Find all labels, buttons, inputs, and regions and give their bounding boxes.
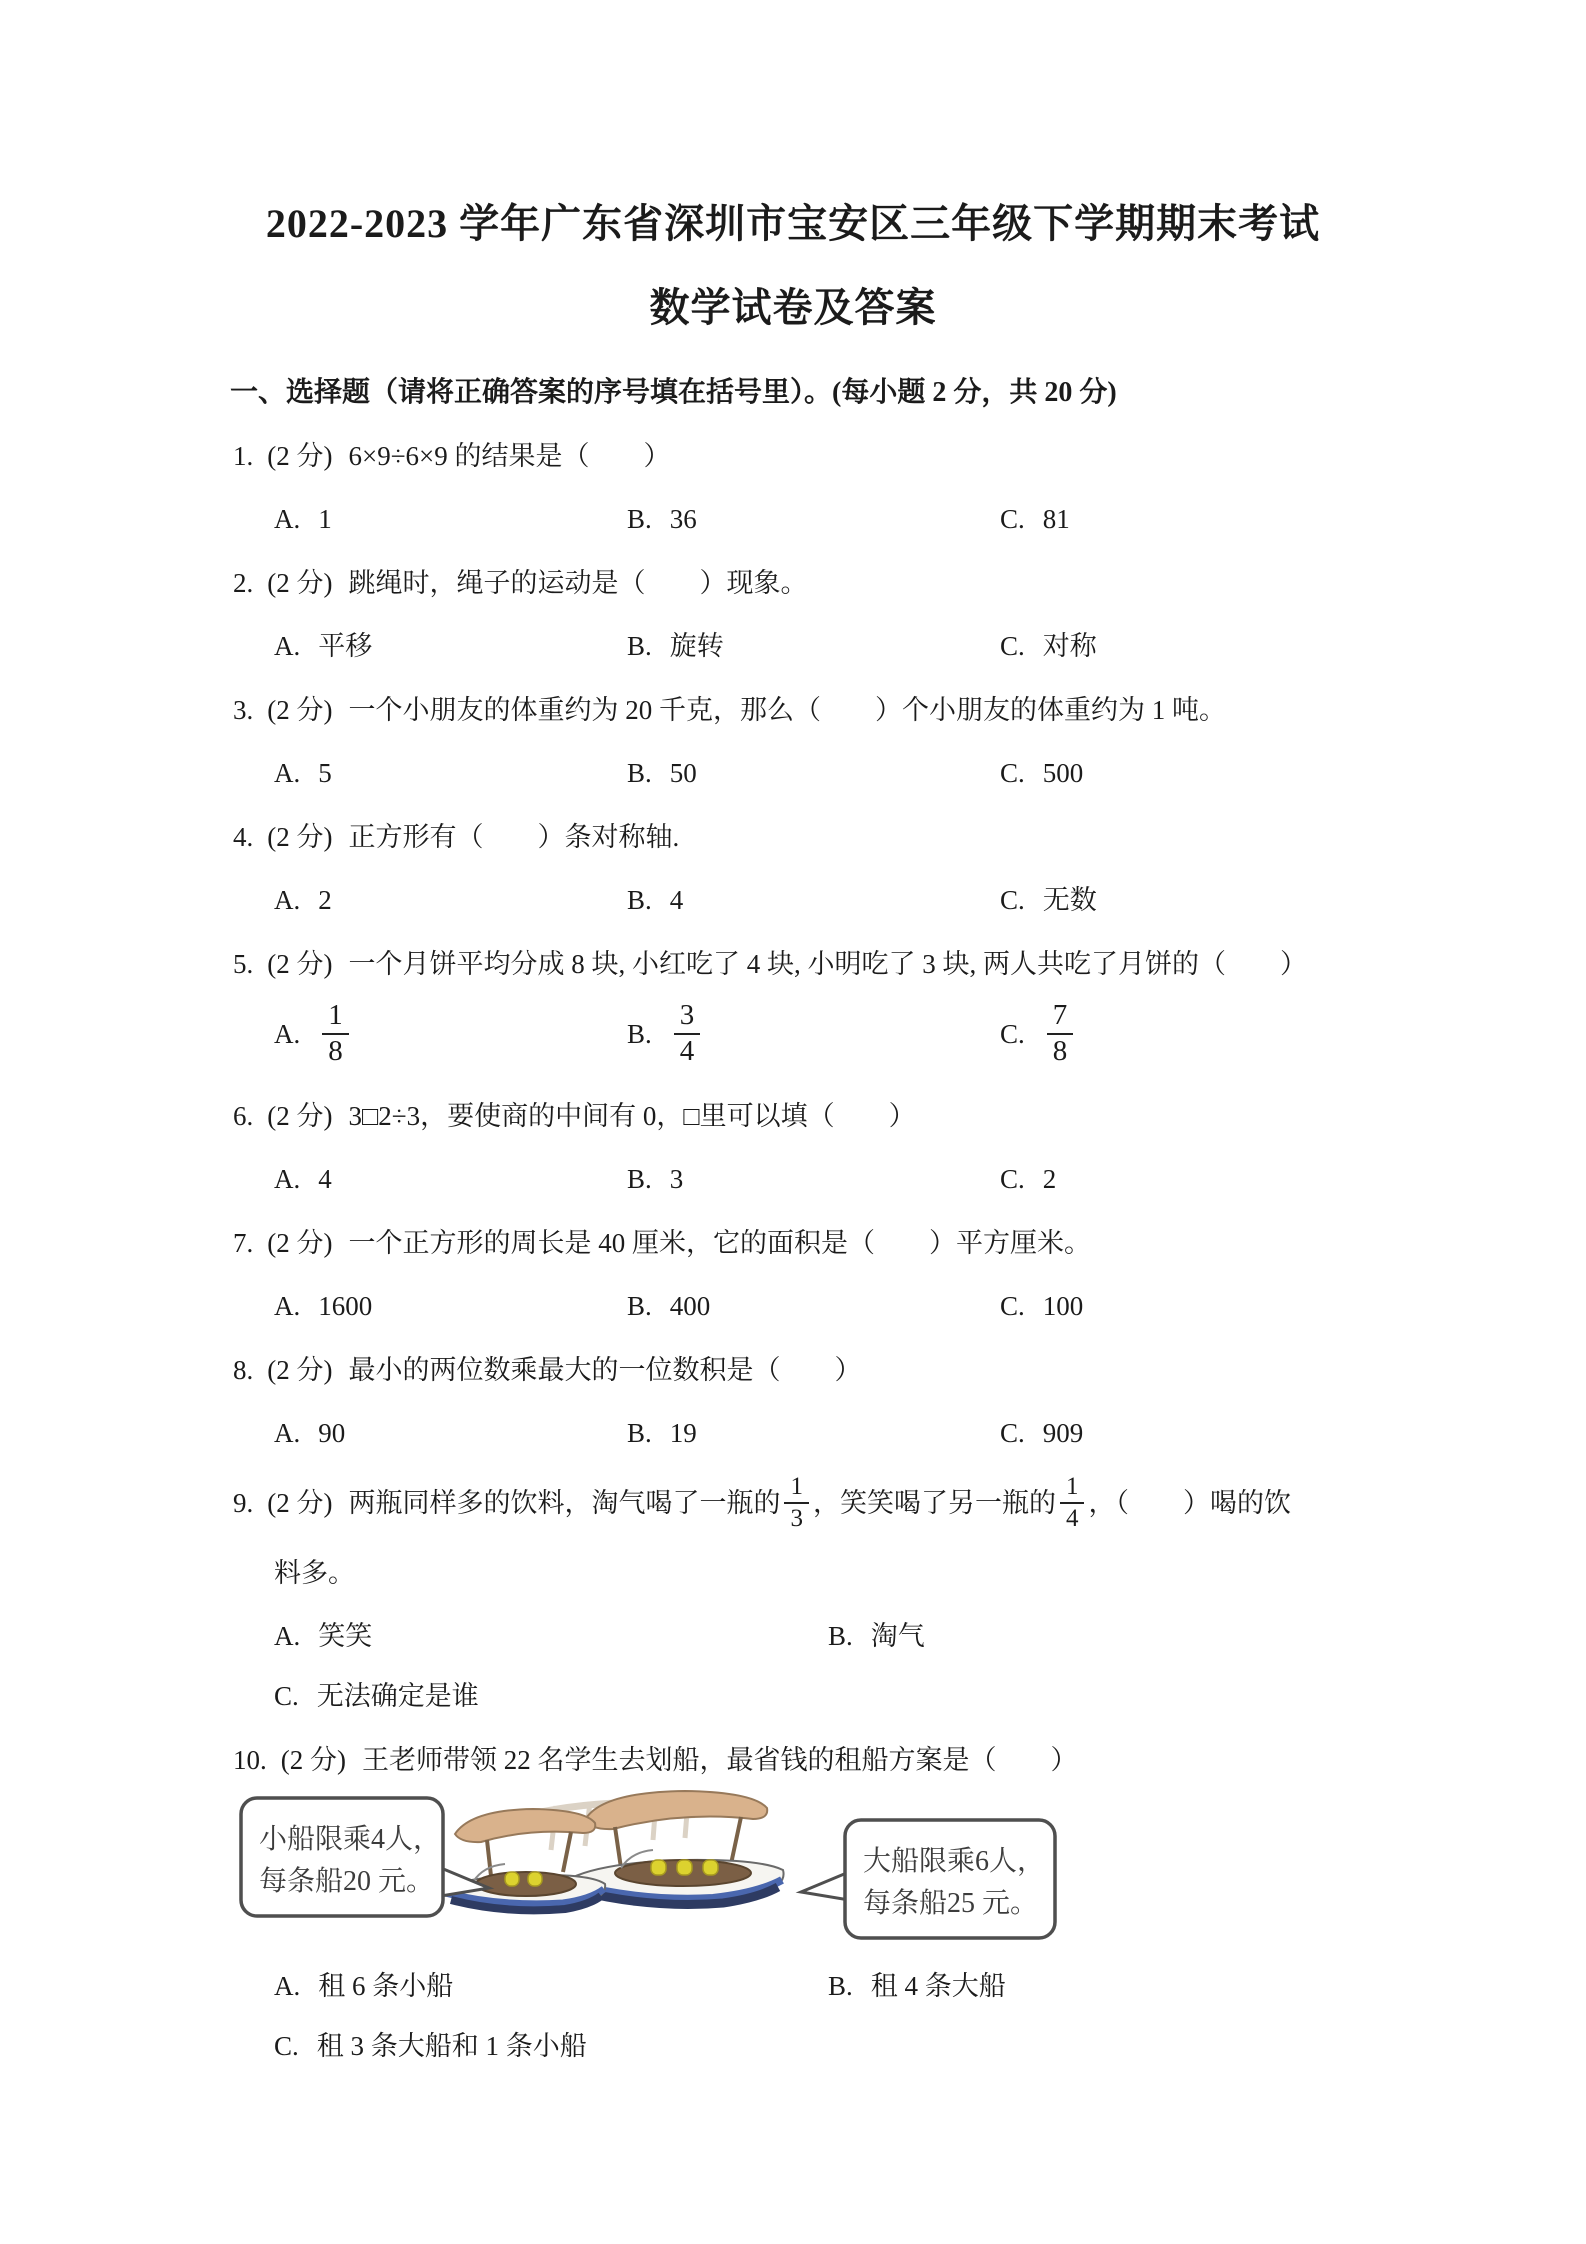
- question-10-score: (2 分): [281, 1745, 346, 1775]
- question-9: 9.(2 分)两瓶同样多的饮料，淘气喝了一瓶的13，笑笑喝了另一瓶的14，（ ）…: [0, 1465, 1586, 1541]
- option-7-B-text: 400: [670, 1291, 711, 1321]
- question-9-options-row2: C.无法确定是谁: [0, 1678, 1586, 1714]
- question-10-number: 10.: [233, 1745, 267, 1775]
- option-7-B: B.400: [627, 1288, 710, 1324]
- option-1-A-text: 1: [318, 504, 332, 534]
- question-10-text: 王老师带领 22 名学生去划船，最省钱的租船方案是（ ）: [362, 1745, 1078, 1775]
- option-4-A-label: A.: [274, 885, 300, 915]
- question-9-fraction-numerator: 1: [784, 1473, 809, 1504]
- option-1-B-label: B.: [627, 504, 652, 534]
- question-1-number: 1.: [233, 441, 253, 471]
- option-6-B-text: 3: [670, 1164, 684, 1194]
- option-3-B: B.50: [627, 755, 697, 791]
- option-8-A-label: A.: [274, 1418, 300, 1448]
- option-5-A: A.18: [274, 998, 353, 1071]
- option-3-C: C.500: [1000, 755, 1083, 791]
- small-boat-bubble-text-line1: 小船限乘4人，: [259, 1823, 441, 1855]
- option-8-C-label: C.: [1000, 1418, 1025, 1448]
- option-9-C: C.无法确定是谁: [274, 1678, 479, 1714]
- big-boat-bubble-text-line1: 大船限乘6人，: [863, 1845, 1045, 1877]
- question-7-options: A.1600B.400C.100: [0, 1288, 1586, 1324]
- question-8-text: 最小的两位数乘最大的一位数积是（ ）: [348, 1355, 861, 1385]
- question-1-text: 6×9÷6×9 的结果是（ ）: [348, 441, 670, 471]
- option-7-B-label: B.: [627, 1291, 652, 1321]
- question-8-number: 8.: [233, 1355, 253, 1385]
- question-9-options: A.笑笑B.淘气: [0, 1618, 1586, 1654]
- option-1-C-label: C.: [1000, 504, 1025, 534]
- option-2-A: A.平移: [274, 628, 372, 664]
- option-8-C-text: 909: [1043, 1418, 1084, 1448]
- question-6-number: 6.: [233, 1101, 253, 1131]
- question-9-fraction: 14: [1060, 1473, 1085, 1532]
- option-4-B: B.4: [627, 882, 683, 918]
- big-boat-bubble-text-line2: 每条船25 元。: [863, 1887, 1038, 1919]
- option-9-B: B.淘气: [828, 1618, 925, 1654]
- option-6-C: C.2: [1000, 1161, 1056, 1197]
- option-6-B: B.3: [627, 1161, 683, 1197]
- option-8-B: B.19: [627, 1415, 697, 1451]
- question-5-text: 一个月饼平均分成 8 块, 小红吃了 4 块, 小明吃了 3 块, 两人共吃了月…: [348, 949, 1307, 979]
- option-6-C-text: 2: [1043, 1164, 1057, 1194]
- option-5-A-label: A.: [274, 1019, 300, 1049]
- question-9-fraction-denominator: 4: [1060, 1504, 1085, 1532]
- exam-page: 2022-2023 学年广东省深圳市宝安区三年级下学期期末考试 数学试卷及答案 …: [0, 0, 1586, 2244]
- question-3-score: (2 分): [267, 695, 332, 725]
- option-3-A: A.5: [274, 755, 332, 791]
- option-7-A-label: A.: [274, 1291, 300, 1321]
- question-2-score: (2 分): [267, 568, 332, 598]
- question-8-score: (2 分): [267, 1355, 332, 1385]
- question-1-options: A.1B.36C.81: [0, 501, 1586, 537]
- option-9-B-text: 淘气: [871, 1621, 925, 1651]
- option-3-B-text: 50: [670, 758, 697, 788]
- question-1-score: (2 分): [267, 441, 332, 471]
- option-3-B-label: B.: [627, 758, 652, 788]
- option-8-B-text: 19: [670, 1418, 697, 1448]
- option-2-C-text: 对称: [1043, 631, 1097, 661]
- option-8-A: A.90: [274, 1415, 345, 1451]
- option-5-A-fraction-numerator: 1: [322, 1000, 349, 1035]
- option-1-B-text: 36: [670, 504, 697, 534]
- big-boat-speech-bubble: 大船限乘6人， 每条船25 元。: [801, 1820, 1055, 1938]
- option-3-A-label: A.: [274, 758, 300, 788]
- question-4-options: A.2B.4C.无数: [0, 882, 1586, 918]
- option-5-B-fraction: 34: [674, 1000, 701, 1068]
- question-7-text: 一个正方形的周长是 40 厘米，它的面积是（ ）平方厘米。: [348, 1228, 1091, 1258]
- option-2-B: B.旋转: [627, 628, 724, 664]
- question-list: 1.(2 分)6×9÷6×9 的结果是（ ）A.1B.36C.812.(2 分)…: [0, 438, 1586, 2064]
- option-5-C-label: C.: [1000, 1019, 1025, 1049]
- option-7-A: A.1600: [274, 1288, 372, 1324]
- question-2-text: 跳绳时，绳子的运动是（ ）现象。: [348, 568, 807, 598]
- question-4-number: 4.: [233, 822, 253, 852]
- question-9-continuation: 料多。: [0, 1555, 1586, 1591]
- option-4-B-text: 4: [670, 885, 684, 915]
- option-10-B-label: B.: [828, 1971, 853, 2001]
- option-4-A: A.2: [274, 882, 332, 918]
- question-6: 6.(2 分)3□2÷3，要使商的中间有 0，□里可以填（ ）: [0, 1098, 1586, 1134]
- question-10-options-row2: C.租 3 条大船和 1 条小船: [0, 2028, 1586, 2064]
- boats-scene-icon: 小船限乘4人， 每条船20 元。 大船限乘6人， 每条船25 元。: [233, 1790, 1063, 1948]
- question-6-options: A.4B.3C.2: [0, 1161, 1586, 1197]
- option-8-B-label: B.: [627, 1418, 652, 1448]
- option-10-B-text: 租 4 条大船: [871, 1971, 1006, 2001]
- big-boat-pedal-seats-icon: [651, 1860, 718, 1875]
- question-2: 2.(2 分)跳绳时，绳子的运动是（ ）现象。: [0, 565, 1586, 601]
- question-6-text: 3□2÷3，要使商的中间有 0，□里可以填（ ）: [348, 1101, 915, 1131]
- question-8-options: A.90B.19C.909: [0, 1415, 1586, 1451]
- option-10-B: B.租 4 条大船: [828, 1968, 1006, 2004]
- option-2-A-text: 平移: [318, 631, 372, 661]
- question-4-text: 正方形有（ ）条对称轴.: [348, 822, 679, 852]
- question-3: 3.(2 分)一个小朋友的体重约为 20 千克，那么（ ）个小朋友的体重约为 1…: [0, 692, 1586, 728]
- question-5: 5.(2 分)一个月饼平均分成 8 块, 小红吃了 4 块, 小明吃了 3 块,…: [0, 946, 1586, 982]
- option-4-C-text: 无数: [1043, 885, 1097, 915]
- option-6-B-label: B.: [627, 1164, 652, 1194]
- option-5-C-fraction-numerator: 7: [1047, 1000, 1074, 1035]
- option-4-A-text: 2: [318, 885, 332, 915]
- question-9-number: 9.: [233, 1488, 253, 1518]
- option-9-A-text: 笑笑: [318, 1621, 372, 1651]
- option-1-C-text: 81: [1043, 504, 1070, 534]
- question-9-text: ，笑笑喝了另一瓶的: [813, 1488, 1056, 1518]
- option-5-C-fraction-denominator: 8: [1047, 1035, 1074, 1067]
- option-3-C-text: 500: [1043, 758, 1084, 788]
- option-4-C: C.无数: [1000, 882, 1097, 918]
- page-title-line2: 数学试卷及答案: [0, 284, 1586, 332]
- option-10-C-text: 租 3 条大船和 1 条小船: [317, 2031, 587, 2061]
- option-9-A-label: A.: [274, 1621, 300, 1651]
- question-7-number: 7.: [233, 1228, 253, 1258]
- option-2-C-label: C.: [1000, 631, 1025, 661]
- option-6-A-label: A.: [274, 1164, 300, 1194]
- option-1-B: B.36: [627, 501, 697, 537]
- question-1: 1.(2 分)6×9÷6×9 的结果是（ ）: [0, 438, 1586, 474]
- question-5-number: 5.: [233, 949, 253, 979]
- option-5-B-fraction-numerator: 3: [674, 1000, 701, 1035]
- small-boat-bubble-text-line2: 每条船20 元。: [259, 1865, 434, 1897]
- question-9-fraction-denominator: 3: [784, 1504, 809, 1532]
- option-5-C-fraction: 78: [1047, 1000, 1074, 1068]
- option-9-C-text: 无法确定是谁: [317, 1681, 479, 1711]
- question-5-options: A.18B.34C.78: [0, 998, 1586, 1070]
- option-7-A-text: 1600: [318, 1291, 372, 1321]
- option-5-C: C.78: [1000, 998, 1077, 1071]
- option-6-C-label: C.: [1000, 1164, 1025, 1194]
- boat-rental-illustration: 小船限乘4人， 每条船20 元。 大船限乘6人， 每条船25 元。: [0, 1790, 1586, 1948]
- question-2-options: A.平移B.旋转C.对称: [0, 628, 1586, 664]
- option-6-A-text: 4: [318, 1164, 332, 1194]
- question-2-number: 2.: [233, 568, 253, 598]
- option-6-A: A.4: [274, 1161, 332, 1197]
- option-1-A: A.1: [274, 501, 332, 537]
- option-5-B-label: B.: [627, 1019, 652, 1049]
- option-10-C: C.租 3 条大船和 1 条小船: [274, 2028, 587, 2064]
- small-boat-icon: [443, 1809, 605, 1910]
- option-1-C: C.81: [1000, 501, 1070, 537]
- option-7-C: C.100: [1000, 1288, 1083, 1324]
- option-7-C-label: C.: [1000, 1291, 1025, 1321]
- question-9-text: 两瓶同样多的饮料，淘气喝了一瓶的: [348, 1488, 780, 1518]
- option-2-B-text: 旋转: [670, 631, 724, 661]
- option-3-C-label: C.: [1000, 758, 1025, 788]
- option-10-C-label: C.: [274, 2031, 299, 2061]
- section-heading: 一、选择题（请将正确答案的序号填在括号里）。(每小题 2 分，共 20 分): [0, 376, 1586, 410]
- option-4-B-label: B.: [627, 885, 652, 915]
- question-3-text: 一个小朋友的体重约为 20 千克，那么（ ）个小朋友的体重约为 1 吨。: [348, 695, 1226, 725]
- option-1-A-label: A.: [274, 504, 300, 534]
- option-10-A-label: A.: [274, 1971, 300, 2001]
- question-9-fraction-numerator: 1: [1060, 1473, 1085, 1504]
- question-8: 8.(2 分)最小的两位数乘最大的一位数积是（ ）: [0, 1352, 1586, 1388]
- page-title-line1: 2022-2023 学年广东省深圳市宝安区三年级下学期期末考试: [0, 0, 1586, 248]
- option-2-A-label: A.: [274, 631, 300, 661]
- option-5-B-fraction-denominator: 4: [674, 1035, 701, 1067]
- question-9-text: ，（ ）喝的饮: [1088, 1488, 1291, 1518]
- option-9-B-label: B.: [828, 1621, 853, 1651]
- question-9-score: (2 分): [267, 1488, 332, 1518]
- question-6-score: (2 分): [267, 1101, 332, 1131]
- question-7-score: (2 分): [267, 1228, 332, 1258]
- question-5-score: (2 分): [267, 949, 332, 979]
- option-5-A-fraction: 18: [322, 1000, 349, 1068]
- option-9-A: A.笑笑: [274, 1618, 372, 1654]
- question-4: 4.(2 分)正方形有（ ）条对称轴.: [0, 819, 1586, 855]
- option-4-C-label: C.: [1000, 885, 1025, 915]
- question-3-number: 3.: [233, 695, 253, 725]
- question-9-fraction: 13: [784, 1473, 809, 1532]
- option-2-B-label: B.: [627, 631, 652, 661]
- option-3-A-text: 5: [318, 758, 332, 788]
- option-5-A-fraction-denominator: 8: [322, 1035, 349, 1067]
- question-4-score: (2 分): [267, 822, 332, 852]
- option-5-B: B.34: [627, 998, 704, 1071]
- question-10: 10.(2 分)王老师带领 22 名学生去划船，最省钱的租船方案是（ ）: [0, 1742, 1586, 1778]
- question-7: 7.(2 分)一个正方形的周长是 40 厘米，它的面积是（ ）平方厘米。: [0, 1225, 1586, 1261]
- option-2-C: C.对称: [1000, 628, 1097, 664]
- question-10-options: A.租 6 条小船B.租 4 条大船: [0, 1968, 1586, 2004]
- option-7-C-text: 100: [1043, 1291, 1084, 1321]
- option-10-A-text: 租 6 条小船: [318, 1971, 453, 2001]
- option-9-C-label: C.: [274, 1681, 299, 1711]
- option-8-C: C.909: [1000, 1415, 1083, 1451]
- question-3-options: A.5B.50C.500: [0, 755, 1586, 791]
- option-10-A: A.租 6 条小船: [274, 1968, 453, 2004]
- option-8-A-text: 90: [318, 1418, 345, 1448]
